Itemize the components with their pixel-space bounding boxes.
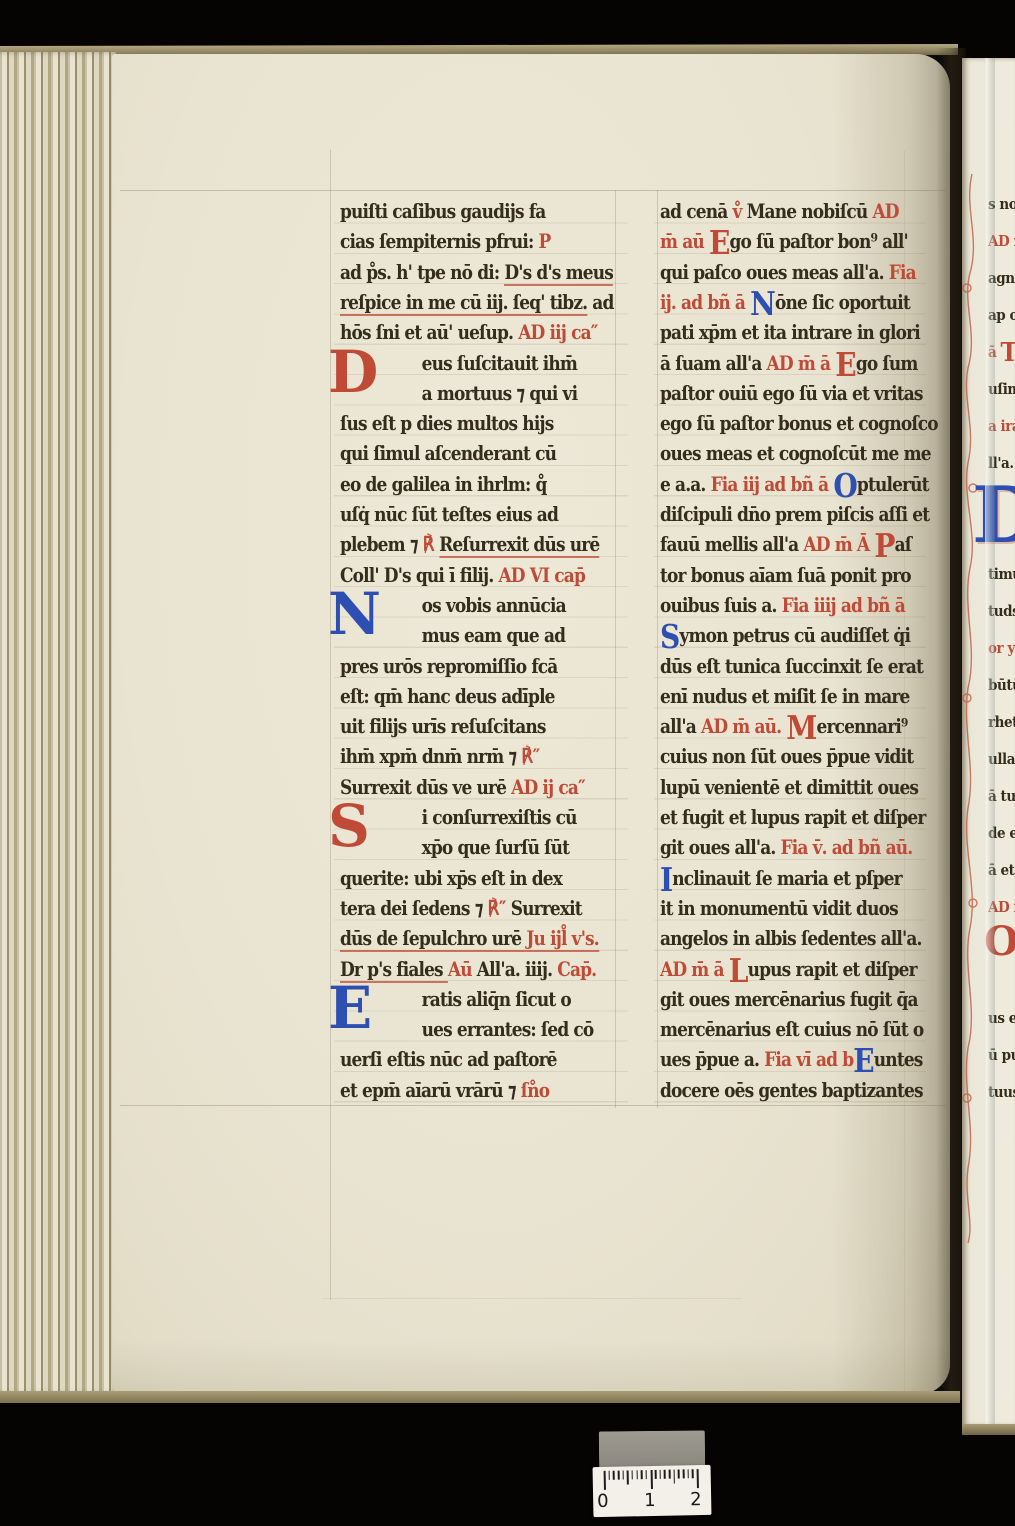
text-segment: go ſū paſtor bon⁹ all' [729,229,907,253]
text-segment: Aū [448,957,477,981]
text-segment: a mortuus ⁊ qui vi [422,381,578,405]
ruling-line-left [330,150,331,1300]
text-line: uerſi eſtis nūc ad paſtorē [340,1044,557,1074]
text-segment: git oues mercēnarius fugit q̄a [660,987,918,1011]
text-line: Inclinauit ſe maria et pſper [660,863,902,893]
text-segment: cias ſempiternis pfrui: [340,229,538,253]
text-segment: fauū mellis all'a [660,532,803,556]
ruler-tick [636,1470,638,1479]
inline-initial: T [1001,338,1015,368]
text-segment: ſn̊o [521,1078,549,1102]
text-segment: Fia v̄. ad bñ aū. [781,835,913,859]
ruler-tick [613,1471,615,1480]
text-line: Symon petrus cū audiſſet q̇i [660,620,910,650]
text-segment: ptulerūt [857,472,929,496]
ruling-line-top [120,190,946,191]
text-segment: ℟″ [521,744,539,768]
text-segment: Mane nobiſcū [747,199,873,223]
text-segment: tera dei ſedens ⁊ [340,896,488,920]
text-segment: AD m̄ aū. [701,714,786,738]
text-segment: v̊ [732,199,746,223]
ruler-tick [678,1469,680,1478]
text-segment: P [538,229,550,253]
text-line: Dr p's fiales Aū All'a. iiij. Cap̄. [340,954,596,984]
text-line: reſpice in me cū iij. ſeq' tibz. ad [340,287,613,317]
text-segment: oues meas et cognoſcūt me me [660,441,931,465]
text-segment: os vobis annūcia [422,593,566,617]
text-segment: et fugit et lupus rapit et diſper [660,805,925,829]
text-segment: qui paſco oues meas all'a. [660,260,889,284]
text-line: uſq̇ nūc ſūt teſtes eius ad [340,499,558,529]
ruler: 0 1 2 [593,1465,712,1517]
next-page-bottom-edge [962,1424,1015,1435]
text-segment: qui ſimul aſcenderant cū [340,441,556,465]
text-segment: enī nudus et miſit ſe in mare [660,684,910,708]
text-line: eo de galilea in ihrlm: q̊ [340,469,547,499]
text-segment: ſus eſt p dies multos hijs [340,411,553,435]
text-segment: ℟″ [488,896,511,920]
ruler-tick [650,1470,653,1489]
text-segment: tor bonus aīam ſuā ponit pro [660,563,911,587]
ruling-line-bottom [120,1105,946,1106]
text-line: ratis aliq̄n ſicut o [340,984,571,1014]
text-segment: diſcipuli dn̄o prem piſcis aſſi et [660,502,929,526]
text-segment: All'a. iiij. [477,957,557,981]
text-line: pati xp̄m et ita intrare in glori [660,317,920,347]
ruler-tick [683,1469,685,1478]
text-line: all'a AD m̄ aū. Mercennari⁹ [660,711,908,741]
text-segment: Fia iij ad bñ ā [711,472,834,496]
text-line: ā ſuam all'a AD m̄ ā Ego ſum [660,348,918,378]
text-segment: ymon petrus cū audiſſet q̇i [679,623,910,647]
text-segment: uerſi eſtis nūc ad paſtorē [340,1047,557,1071]
text-line: AD m̄ ā Lupus rapit et diſper [660,954,917,984]
page-stack-edges [0,52,118,1394]
text-line: qui paſco oues meas all'a. Fia [660,257,916,287]
text-line: diſcipuli dn̄o prem piſcis aſſi et [660,499,929,529]
text-segment: uſq̇ nūc ſūt teſtes eius ad [340,502,558,526]
text-line: ues errantes: ſed cō [340,1014,593,1044]
text-line: fauū mellis all'a AD m̄ Ā Paſ [660,529,911,559]
text-segment: ues errantes: ſed cō [422,1017,594,1041]
text-line: dūs de ſepulchro urē Ju ijl̊ v's. [340,923,599,953]
text-line: tor bonus aīam ſuā ponit pro [660,560,911,590]
next-page-edge: s noir puAD m̄ aū Eagnuſcoap ouibuā Trou… [962,58,1015,1426]
text-segment: ōne ſic oportuit [775,290,910,314]
text-segment: lupū venientē et dimittit oues [660,775,918,799]
text-line: enī nudus et miſit ſe in mare [660,681,910,711]
text-line: it in monumentū vidit duos [660,893,898,923]
ruler-tick [627,1470,629,1484]
text-line: eſt: qm̄ hanc deus adīple [340,681,555,711]
text-line: lupū venientē et dimittit oues [660,772,918,802]
text-segment: ij. ad bñ ā [660,290,750,314]
text-segment: m̄ aū [660,229,709,253]
ruler-tick [604,1471,607,1490]
text-segment: ratis aliq̄n ſicut o [422,987,571,1011]
text-segment: AD m̄ Ā [803,532,874,556]
text-segment: ā ſuam all'a [660,351,767,375]
text-segment: Ju ijl̊ v's. [526,926,599,952]
text-segment: puiſti caſibus gaudijs fa [340,199,545,223]
ruler-tick [622,1471,624,1480]
text-segment: upus rapit et diſper [748,957,917,981]
text-line: et epm̄ aīarū vrārū ⁊ ſn̊o [340,1075,549,1105]
text-segment: dūs eſt tunica ſuccinxit ſe erat [660,654,923,678]
ruler-tick [664,1470,666,1479]
text-segment: Reſurrexit dūs urē [439,532,599,558]
text-segment: uit filijs urīs reſuſcitans [340,714,546,738]
text-segment: git oues all'a. [660,835,781,859]
glass-strip [985,58,995,1426]
text-segment: querite: ubi xp̄s eſt in dex [340,866,562,890]
text-line: plebem ⁊ ℟ Reſurrexit dūs urē [340,529,599,559]
ruling-line-ghost [322,1298,742,1299]
text-line: xp̄o que ſurſū ſūt [340,832,569,862]
text-segment: Fia iiij ad bñ ā [782,593,905,617]
text-segment: D's d's meus [504,260,613,286]
ruler-tick [618,1471,620,1480]
text-line: eus ſuſcitauit ihm̄ [340,348,577,378]
text-segment: Fia vī ad b [764,1047,853,1071]
text-segment: e a.a. [660,472,711,496]
text-line: Surrexit dūs ve urē AD ij ca″ [340,772,585,802]
text-segment: Surrexit [511,896,582,920]
text-segment: et epm̄ aīarū vrārū ⁊ [340,1078,521,1102]
text-line: et fugit et lupus rapit et diſper [660,802,925,832]
text-segment: AD m̄ ā [660,957,729,981]
text-segment: aſ [895,532,912,556]
text-line: ihm̄ xpm̄ dnm̄ nrm̄ ⁊ ℟″ [340,741,539,771]
text-segment: pati xp̄m et ita intrare in glori [660,320,920,344]
text-segment: ego ſū paſtor bonus et cognoſco [660,411,938,435]
text-segment: xp̄o que ſurſū ſūt [422,835,570,859]
text-segment: angelos in albis ſedentes all'a. [660,926,922,950]
text-segment: eo de galilea in ihrlm: q̊ [340,472,547,496]
text-line: ij. ad bñ ā Nōne ſic oportuit [660,287,910,317]
text-segment: Fia [889,260,916,284]
text-segment: mercēnarius eſt cuius nō ſūt o [660,1017,923,1041]
ruler-tick [608,1471,610,1480]
text-line: m̄ aū Ego ſū paſtor bon⁹ all' [660,226,908,256]
ruler-label-0: 0 [597,1491,609,1512]
ruler-tick [659,1470,661,1479]
text-segment: AD m̄ ā [767,351,836,375]
text-line: ego ſū paſtor bonus et cognoſco [660,408,938,438]
text-segment: go ſum [856,351,918,375]
text-line: qui ſimul aſcenderant cū [340,438,556,468]
text-segment: ercennari⁹ [816,714,907,738]
text-segment: AD ij ca″ [511,775,585,799]
book-bottom-edge [0,1391,960,1403]
text-segment: Cap̄. [557,957,596,981]
ruler-tick [697,1469,700,1488]
text-segment: ad [587,290,613,314]
ruler-tick [631,1470,633,1479]
ruler-label-1: 1 [644,1490,656,1511]
text-line: git oues mercēnarius fugit q̄a [660,984,918,1014]
text-line: git oues all'a. Fia v̄. ad bñ aū. [660,832,912,862]
text-line: ſus eſt p dies multos hijs [340,408,553,438]
penwork-flourish-icon [958,168,988,1248]
left-text-column: puiſti caſibus gaudijs facias ſempiterni… [340,196,620,1105]
text-segment: ouibus ſuis a. [660,593,782,617]
text-line: ad cenā v̊ Mane nobiſcū AD [660,196,899,226]
text-line: puiſti caſibus gaudijs fa [340,196,545,226]
text-segment: plebem ⁊ [340,532,423,556]
text-line: querite: ubi xp̄s eſt in dex [340,863,562,893]
text-line: i conſurrexiſtis cū [340,802,577,832]
text-line: os vobis annūcia [340,590,566,620]
text-segment: untes [874,1047,923,1071]
text-segment: mus eam que ad [422,623,566,647]
text-line: tera dei ſedens ⁊ ℟″ Surrexit [340,893,582,923]
ruler-tick [645,1470,647,1479]
ruler-tick [641,1470,643,1479]
ruler-tick [687,1469,689,1478]
verso-page: puiſti caſibus gaudijs facias ſempiterni… [112,54,950,1394]
ruler-tick [692,1469,694,1478]
text-segment: ihm̄ xpm̄ dnm̄ nrm̄ ⁊ [340,744,521,768]
ruler-label-2: 2 [690,1489,702,1510]
text-segment: cuius non ſūt oues p̄pue vidit [660,744,913,768]
ruler-tick [673,1470,675,1484]
text-segment: it in monumentū vidit duos [660,896,898,920]
text-segment: AD VI cap̄ [498,563,585,587]
ruler-tick [669,1470,671,1479]
right-text-column: ad cenā v̊ Mane nobiſcū ADm̄ aū Ego ſū p… [660,196,918,1105]
text-segment: AD iij ca″ [518,320,597,344]
text-line: mercēnarius eſt cuius nō ſūt o [660,1014,923,1044]
text-line: docere oēs gentes baptizantes [660,1075,923,1105]
text-line: a mortuus ⁊ qui vi [340,378,577,408]
text-segment: ad p̊s. h' tpe nō di: [340,260,504,284]
text-segment: paſtor ouiū ego ſū via et vritas [660,381,923,405]
text-line: dūs eſt tunica ſuccinxit ſe erat [660,651,923,681]
text-segment: eſt: qm̄ hanc deus adīple [340,684,555,708]
text-segment: nclinauit ſe maria et pſper [672,866,901,890]
text-segment: pres urōs repromiſſio fcā [340,654,557,678]
text-line: paſtor ouiū ego ſū via et vritas [660,378,923,408]
text-segment: ues p̄pue a. [660,1047,764,1071]
text-line: e a.a. Fia iij ad bñ ā Optulerūt [660,469,929,499]
text-line: angelos in albis ſedentes all'a. [660,923,922,953]
text-segment: ad cenā [660,199,732,223]
text-segment: i conſurrexiſtis cū [422,805,577,829]
text-segment: all'a [660,714,701,738]
text-line: ouibus ſuis a. Fia iiij ad bñ ā [660,590,905,620]
ruler-tick [655,1470,657,1479]
text-line: cias ſempiternis pfrui: P [340,226,550,256]
text-line: hōs ſni et aū' ueſup. AD iij ca″ [340,317,597,347]
text-segment: docere oēs gentes baptizantes [660,1078,923,1102]
text-line: mus eam que ad [340,620,565,650]
text-segment: dūs de ſepulchro urē [340,926,526,952]
text-line: ad p̊s. h' tpe nō di: D's d's meus [340,257,613,287]
text-segment: ℟ [423,532,439,556]
text-segment: AD [872,199,898,223]
text-line: uit filijs urīs reſuſcitans [340,711,546,741]
text-line: ues p̄pue a. Fia vī ad bEuntes [660,1044,923,1074]
text-segment: reſpice in me cū iij. ſeq' tibz. [340,290,587,316]
text-line: pres urōs repromiſſio fcā [340,651,557,681]
manuscript-photo: puiſti caſibus gaudijs facias ſempiterni… [0,0,1015,1526]
text-segment: eus ſuſcitauit ihm̄ [422,351,577,375]
text-line: cuius non ſūt oues p̄pue vidit [660,741,913,771]
text-line: oues meas et cognoſcūt me me [660,438,931,468]
